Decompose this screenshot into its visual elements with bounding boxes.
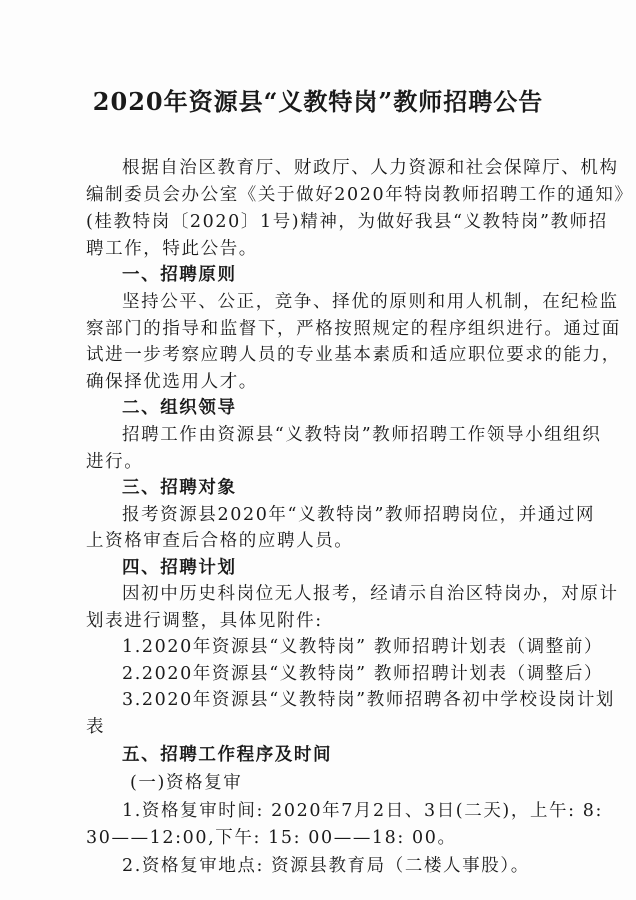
document-page: 2020年资源县“义教特岗”教师招聘公告 根据自治区教育厅、财政厅、人力资源和社… xyxy=(0,0,636,900)
paragraph-line: 确保择优选用人才。 xyxy=(86,368,258,393)
paragraph-line: 招聘工作由资源县“义教特岗”教师招聘工作领导小组组织 xyxy=(122,421,602,446)
paragraph-line: 2.2020年资源县“义教特岗” 教师招聘计划表（调整后） xyxy=(122,660,603,685)
paragraph-line: 因初中历史科岗位无人报考，经请示自治区特岗办，对原计 xyxy=(122,580,619,605)
paragraph-line: 聘工作，特此公告。 xyxy=(86,235,258,260)
paragraph-line: 表 xyxy=(86,713,105,738)
paragraph-line: 进行。 xyxy=(86,448,143,473)
paragraph-line: 1.资格复审时间: 2020年7月2日、3日(二天)，上午: 8: xyxy=(122,797,603,822)
section-heading: 三、招聘对象 xyxy=(122,474,237,499)
paragraph-line: 2.资格复审地点: 资源县教育局（二楼人事股）。 xyxy=(122,852,530,877)
paragraph-line: 坚持公平、公正，竞争、择优的原则和用人机制，在纪检监 xyxy=(122,288,619,313)
paragraph-line: 1.2020年资源县“义教特岗” 教师招聘计划表（调整前） xyxy=(122,633,603,658)
paragraph-line: (桂教特岗〔2020〕1号)精神，为做好我县“义教特岗”教师招 xyxy=(86,208,608,233)
paragraph-line: 报考资源县2020年“义教特岗”教师招聘岗位，并通过网 xyxy=(122,501,595,526)
section-heading: 一、招聘原则 xyxy=(122,261,237,286)
paragraph-line: 30——12:00,下午: 15: 00——18: 00。 xyxy=(86,824,457,849)
paragraph-line: 编制委员会办公室《关于做好2020年特岗教师招聘工作的通知》 xyxy=(86,181,634,206)
paragraph-line: 3.2020年资源县“义教特岗”教师招聘各初中学校设岗计划 xyxy=(122,686,615,711)
paragraph-line: 试进一步考察应聘人员的专业基本素质和适应职位要求的能力， xyxy=(86,341,621,366)
paragraph-line: 上资格审查后合格的应聘人员。 xyxy=(86,527,353,552)
section-heading: 四、招聘计划 xyxy=(122,554,237,579)
document-title: 2020年资源县“义教特岗”教师招聘公告 xyxy=(0,82,636,117)
paragraph-line: 根据自治区教育厅、财政厅、人力资源和社会保障厅、机构 xyxy=(122,154,619,179)
section-heading: 二、组织领导 xyxy=(122,394,237,419)
paragraph-line: 划表进行调整，具体见附件: xyxy=(86,607,323,632)
section-heading: 五、招聘工作程序及时间 xyxy=(122,741,332,766)
paragraph-line: (一)资格复审 xyxy=(130,769,242,794)
paragraph-line: 察部门的指导和监督下，严格按照规定的程序组织进行。通过面 xyxy=(86,315,621,340)
